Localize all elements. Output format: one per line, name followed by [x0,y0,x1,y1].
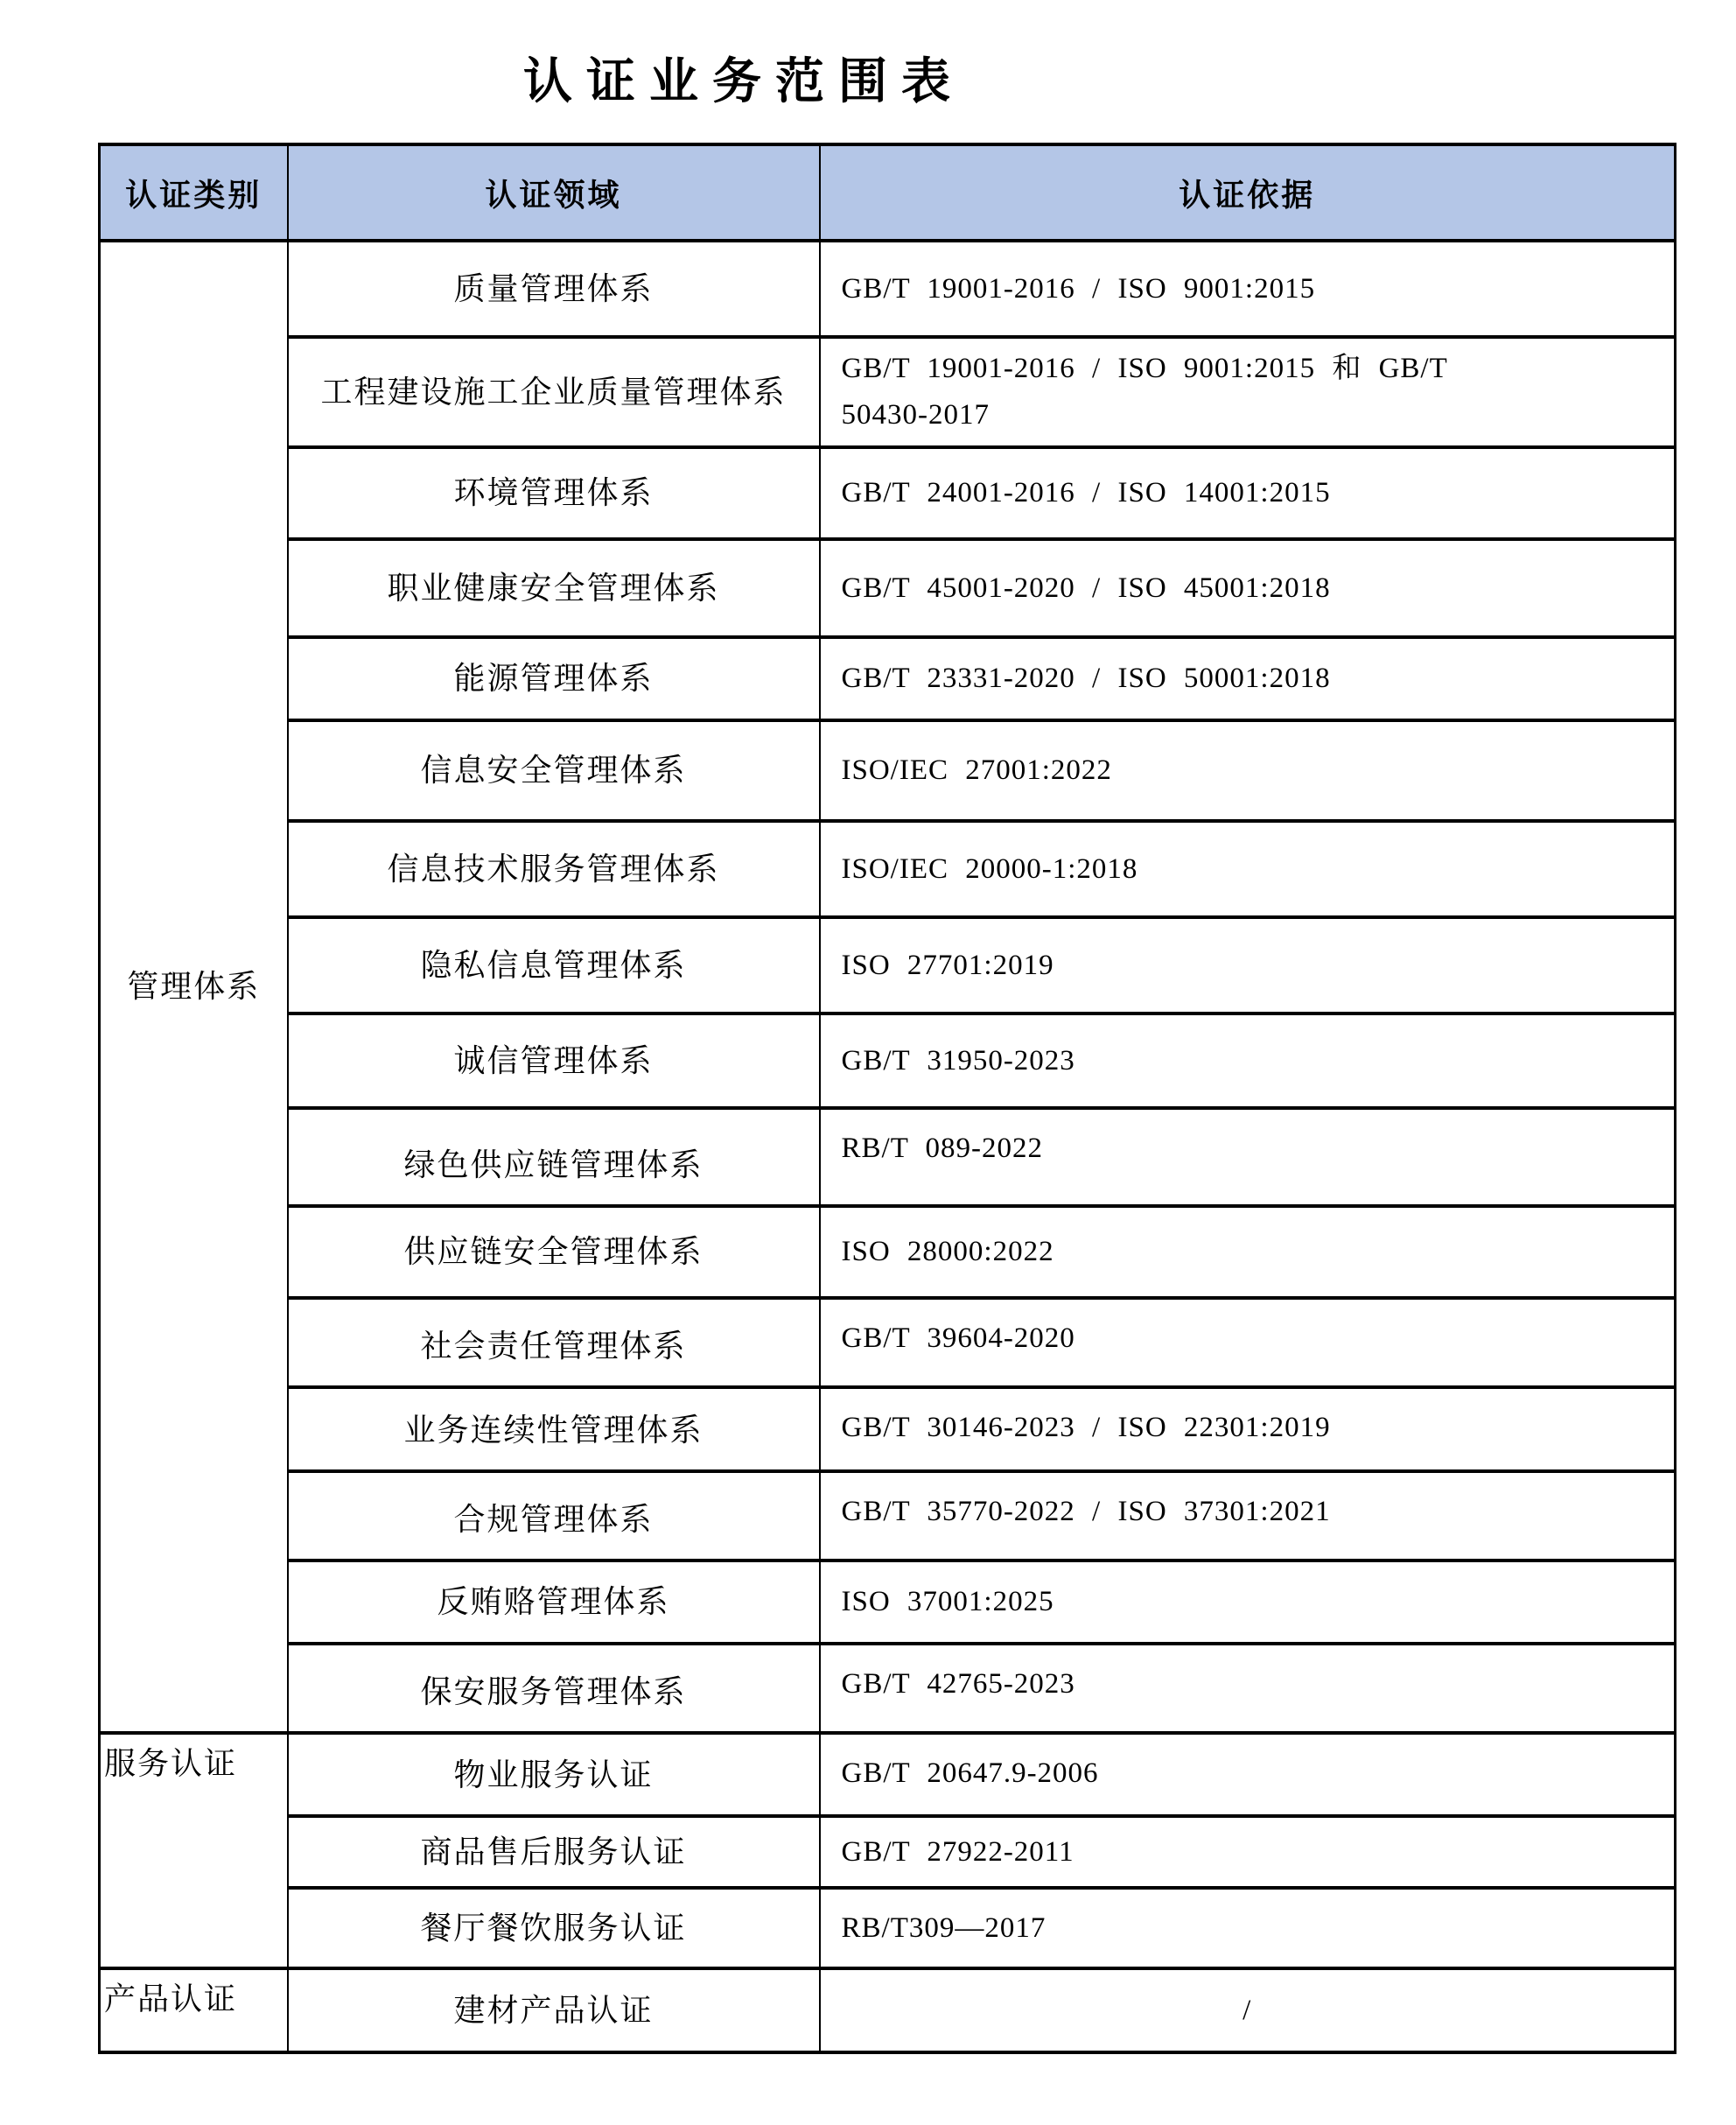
table-row: 商品售后服务认证GB/T 27922-2011 [100,1816,1676,1888]
basis-text: GB/T 19001-2016 / ISO 9001:2015 和 GB/T 5… [842,346,1542,438]
basis-cell: GB/T 19001-2016 / ISO 9001:2015 [820,241,1676,337]
basis-cell: ISO 37001:2025 [820,1560,1676,1644]
field-cell: 能源管理体系 [288,637,820,720]
table-body: 管理体系质量管理体系GB/T 19001-2016 / ISO 9001:201… [100,241,1676,2052]
table-row: 绿色供应链管理体系RB/T 089-2022 [100,1108,1676,1206]
basis-cell: GB/T 23331-2020 / ISO 50001:2018 [820,637,1676,720]
table-row: 诚信管理体系GB/T 31950-2023 [100,1013,1676,1108]
basis-cell: GB/T 27922-2011 [820,1816,1676,1888]
field-cell: 环境管理体系 [288,447,820,539]
table-row: 合规管理体系GB/T 35770-2022 / ISO 37301:2021 [100,1471,1676,1560]
document-page: { "title": "认证业务范围表", "colors": { "heade… [0,0,1736,2125]
field-cell: 商品售后服务认证 [288,1816,820,1888]
table-row: 业务连续性管理体系GB/T 30146-2023 / ISO 22301:201… [100,1387,1676,1471]
category-cell: 服务认证 [100,1733,288,1968]
field-cell: 信息安全管理体系 [288,720,820,821]
field-cell: 绿色供应链管理体系 [288,1108,820,1206]
field-cell: 物业服务认证 [288,1733,820,1816]
table-row: 工程建设施工企业质量管理体系GB/T 19001-2016 / ISO 9001… [100,337,1676,447]
page-title: 认证业务范围表 [523,51,964,114]
basis-cell: GB/T 31950-2023 [820,1013,1676,1108]
header-row: 认证类别 认证领域 认证依据 [100,144,1676,241]
table-row: 信息技术服务管理体系ISO/IEC 20000-1:2018 [100,821,1676,917]
basis-cell: RB/T 089-2022 [820,1108,1676,1206]
basis-cell: / [820,1968,1676,2052]
table-row: 服务认证物业服务认证GB/T 20647.9-2006 [100,1733,1676,1816]
field-cell: 工程建设施工企业质量管理体系 [288,337,820,447]
basis-cell: GB/T 35770-2022 / ISO 37301:2021 [820,1471,1676,1560]
basis-cell: RB/T309—2017 [820,1888,1676,1968]
table-row: 信息安全管理体系ISO/IEC 27001:2022 [100,720,1676,821]
field-cell: 社会责任管理体系 [288,1298,820,1387]
basis-cell: ISO 27701:2019 [820,917,1676,1013]
header-cell-basis: 认证依据 [820,144,1676,241]
table-row: 保安服务管理体系GB/T 42765-2023 [100,1644,1676,1733]
table-row: 职业健康安全管理体系GB/T 45001-2020 / ISO 45001:20… [100,539,1676,637]
category-cell: 产品认证 [100,1968,288,2052]
field-cell: 保安服务管理体系 [288,1644,820,1733]
table-row: 餐厅餐饮服务认证RB/T309—2017 [100,1888,1676,1968]
certification-scope-table: 认证类别 认证领域 认证依据 管理体系质量管理体系GB/T 19001-2016… [98,143,1676,2054]
table-header: 认证类别 认证领域 认证依据 [100,144,1676,241]
basis-cell: ISO/IEC 20000-1:2018 [820,821,1676,917]
table-row: 供应链安全管理体系ISO 28000:2022 [100,1206,1676,1298]
basis-cell: ISO 28000:2022 [820,1206,1676,1298]
basis-cell: GB/T 39604-2020 [820,1298,1676,1387]
table-row: 能源管理体系GB/T 23331-2020 / ISO 50001:2018 [100,637,1676,720]
field-cell: 业务连续性管理体系 [288,1387,820,1471]
table-row: 产品认证建材产品认证/ [100,1968,1676,2052]
table-row: 管理体系质量管理体系GB/T 19001-2016 / ISO 9001:201… [100,241,1676,337]
basis-cell: GB/T 45001-2020 / ISO 45001:2018 [820,539,1676,637]
category-cell: 管理体系 [100,241,288,1733]
basis-cell: GB/T 42765-2023 [820,1644,1676,1733]
basis-cell: GB/T 30146-2023 / ISO 22301:2019 [820,1387,1676,1471]
table-row: 反贿赂管理体系ISO 37001:2025 [100,1560,1676,1644]
header-cell-field: 认证领域 [288,144,820,241]
field-cell: 信息技术服务管理体系 [288,821,820,917]
header-cell-category: 认证类别 [100,144,288,241]
table-row: 社会责任管理体系GB/T 39604-2020 [100,1298,1676,1387]
field-cell: 隐私信息管理体系 [288,917,820,1013]
field-cell: 供应链安全管理体系 [288,1206,820,1298]
field-cell: 反贿赂管理体系 [288,1560,820,1644]
table-row: 隐私信息管理体系ISO 27701:2019 [100,917,1676,1013]
basis-cell: ISO/IEC 27001:2022 [820,720,1676,821]
basis-cell: GB/T 19001-2016 / ISO 9001:2015 和 GB/T 5… [820,337,1676,447]
field-cell: 合规管理体系 [288,1471,820,1560]
field-cell: 建材产品认证 [288,1968,820,2052]
basis-cell: GB/T 20647.9-2006 [820,1733,1676,1816]
basis-cell: GB/T 24001-2016 / ISO 14001:2015 [820,447,1676,539]
table-row: 环境管理体系GB/T 24001-2016 / ISO 14001:2015 [100,447,1676,539]
field-cell: 餐厅餐饮服务认证 [288,1888,820,1968]
field-cell: 诚信管理体系 [288,1013,820,1108]
field-cell: 职业健康安全管理体系 [288,539,820,637]
field-cell: 质量管理体系 [288,241,820,337]
